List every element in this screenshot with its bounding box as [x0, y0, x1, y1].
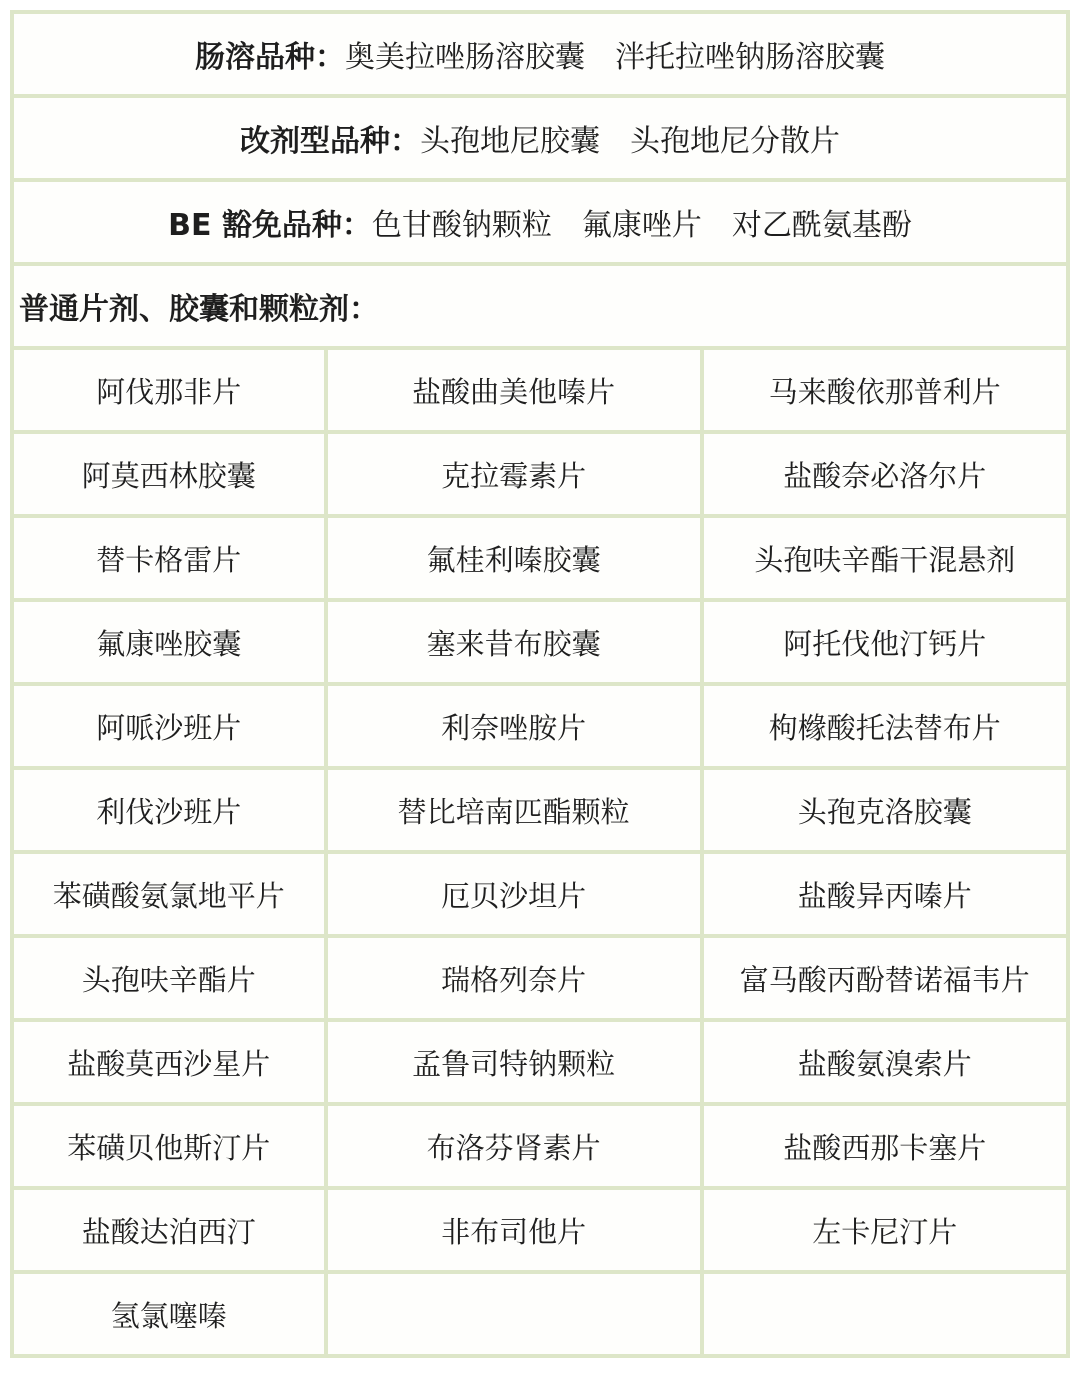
table-row: 氢氯噻嗪	[12, 1272, 1068, 1356]
drug-cell: 氢氯噻嗪	[12, 1272, 326, 1356]
drug-cell: 非布司他片	[326, 1188, 702, 1272]
table-row: 阿莫西林胶囊 克拉霉素片 盐酸奈必洛尔片	[12, 432, 1068, 516]
drug-cell: 头孢呋辛酯片	[12, 936, 326, 1020]
drug-table: 肠溶品种：奥美拉唑肠溶胶囊 泮托拉唑钠肠溶胶囊 改剂型品种：头孢地尼胶囊 头孢地…	[10, 10, 1070, 1358]
drug-cell: 布洛芬肾素片	[326, 1104, 702, 1188]
table-row: 替卡格雷片 氟桂利嗪胶囊 头孢呋辛酯干混悬剂	[12, 516, 1068, 600]
drug-cell: 盐酸曲美他嗪片	[326, 348, 702, 432]
drug-cell: 阿伐那非片	[12, 348, 326, 432]
table-row: 头孢呋辛酯片 瑞格列奈片 富马酸丙酚替诺福韦片	[12, 936, 1068, 1020]
section-cell: 改剂型品种：头孢地尼胶囊 头孢地尼分散片	[12, 96, 1068, 180]
drug-cell: 苯磺酸氨氯地平片	[12, 852, 326, 936]
table-row: 苯磺贝他斯汀片 布洛芬肾素片 盐酸西那卡塞片	[12, 1104, 1068, 1188]
table-row: 阿伐那非片 盐酸曲美他嗪片 马来酸依那普利片	[12, 348, 1068, 432]
section-label: 普通片剂、胶囊和颗粒剂：	[19, 292, 379, 327]
drug-cell: 盐酸莫西沙星片	[12, 1020, 326, 1104]
section-row-enteric: 肠溶品种：奥美拉唑肠溶胶囊 泮托拉唑钠肠溶胶囊	[12, 12, 1068, 96]
drug-cell: 氟康唑胶囊	[12, 600, 326, 684]
drug-cell: 盐酸奈必洛尔片	[702, 432, 1068, 516]
table-row: 盐酸达泊西汀 非布司他片 左卡尼汀片	[12, 1188, 1068, 1272]
drug-cell: 左卡尼汀片	[702, 1188, 1068, 1272]
drug-cell: 富马酸丙酚替诺福韦片	[702, 936, 1068, 1020]
drug-cell: 盐酸达泊西汀	[12, 1188, 326, 1272]
drug-cell: 头孢克洛胶囊	[702, 768, 1068, 852]
drug-cell: 阿莫西林胶囊	[12, 432, 326, 516]
section-label: BE 豁免品种：	[168, 208, 372, 243]
drug-cell: 利伐沙班片	[12, 768, 326, 852]
drug-list-page: 肠溶品种：奥美拉唑肠溶胶囊 泮托拉唑钠肠溶胶囊 改剂型品种：头孢地尼胶囊 头孢地…	[0, 0, 1080, 1374]
table-row: 利伐沙班片 替比培南匹酯颗粒 头孢克洛胶囊	[12, 768, 1068, 852]
drug-cell: 塞来昔布胶囊	[326, 600, 702, 684]
drug-cell: 头孢呋辛酯干混悬剂	[702, 516, 1068, 600]
drug-cell: 瑞格列奈片	[326, 936, 702, 1020]
drug-cell: 孟鲁司特钠颗粒	[326, 1020, 702, 1104]
drug-cell: 苯磺贝他斯汀片	[12, 1104, 326, 1188]
section-label: 改剂型品种：	[240, 124, 420, 159]
drug-cell: 盐酸氨溴索片	[702, 1020, 1068, 1104]
section-items: 奥美拉唑肠溶胶囊 泮托拉唑钠肠溶胶囊	[345, 40, 885, 75]
table-row: 氟康唑胶囊 塞来昔布胶囊 阿托伐他汀钙片	[12, 600, 1068, 684]
section-cell: 肠溶品种：奥美拉唑肠溶胶囊 泮托拉唑钠肠溶胶囊	[12, 12, 1068, 96]
drug-cell: 替比培南匹酯颗粒	[326, 768, 702, 852]
drug-cell: 马来酸依那普利片	[702, 348, 1068, 432]
drug-cell: 阿哌沙班片	[12, 684, 326, 768]
drug-cell: 克拉霉素片	[326, 432, 702, 516]
drug-cell	[326, 1272, 702, 1356]
section-label: 肠溶品种：	[195, 40, 345, 75]
section-items: 头孢地尼胶囊 头孢地尼分散片	[420, 124, 840, 159]
drug-cell: 氟桂利嗪胶囊	[326, 516, 702, 600]
drug-cell: 阿托伐他汀钙片	[702, 600, 1068, 684]
drug-cell: 厄贝沙坦片	[326, 852, 702, 936]
drug-cell: 盐酸西那卡塞片	[702, 1104, 1068, 1188]
section-row-be-exempt: BE 豁免品种：色甘酸钠颗粒 氟康唑片 对乙酰氨基酚	[12, 180, 1068, 264]
drug-cell: 枸橼酸托法替布片	[702, 684, 1068, 768]
drug-cell	[702, 1272, 1068, 1356]
section-cell: BE 豁免品种：色甘酸钠颗粒 氟康唑片 对乙酰氨基酚	[12, 180, 1068, 264]
table-row: 阿哌沙班片 利奈唑胺片 枸橼酸托法替布片	[12, 684, 1068, 768]
section-cell: 普通片剂、胶囊和颗粒剂：	[12, 264, 1068, 348]
section-items: 色甘酸钠颗粒 氟康唑片 对乙酰氨基酚	[372, 208, 912, 243]
table-row: 苯磺酸氨氯地平片 厄贝沙坦片 盐酸异丙嗪片	[12, 852, 1068, 936]
section-row-ordinary: 普通片剂、胶囊和颗粒剂：	[12, 264, 1068, 348]
table-row: 盐酸莫西沙星片 孟鲁司特钠颗粒 盐酸氨溴索片	[12, 1020, 1068, 1104]
drug-cell: 盐酸异丙嗪片	[702, 852, 1068, 936]
drug-cell: 替卡格雷片	[12, 516, 326, 600]
section-row-modified-form: 改剂型品种：头孢地尼胶囊 头孢地尼分散片	[12, 96, 1068, 180]
drug-cell: 利奈唑胺片	[326, 684, 702, 768]
